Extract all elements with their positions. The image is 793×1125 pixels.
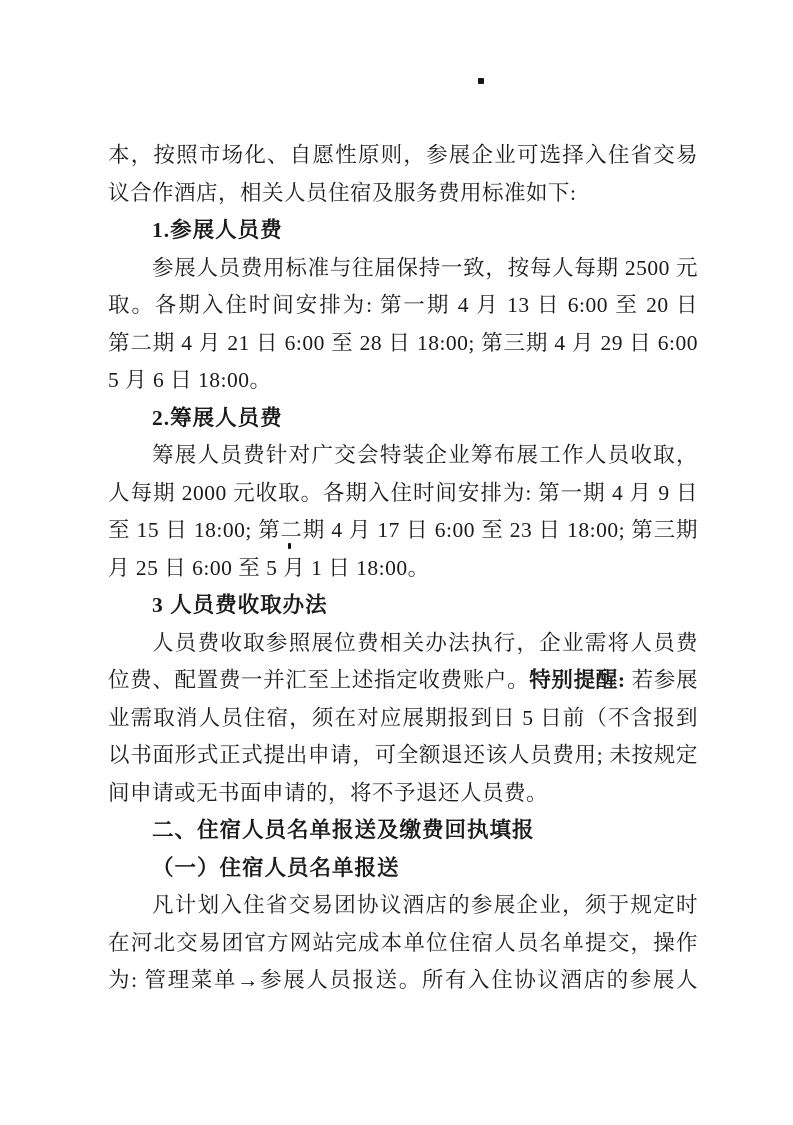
doc-line: 参展人员费用标准与往届保持一致，按每人每期 2500 元收 — [108, 250, 698, 288]
doc-heading-exhibitor-fee: 1.参展人员费 — [108, 212, 698, 250]
doc-line: 取。各期入住时间安排为: 第一期 4 月 13 日 6:00 至 20 日 18… — [108, 287, 698, 325]
doc-line: 位费、配置费一并汇至上述指定收费账户。特别提醒: 若参展企 — [108, 662, 698, 700]
document-text: 本，按照市场化、自愿性原则，参展企业可选择入住省交易团协 议合作酒店，相关人员住… — [108, 137, 698, 1000]
doc-line: 本，按照市场化、自愿性原则，参展企业可选择入住省交易团协 — [108, 137, 698, 175]
doc-line: 第二期 4 月 21 日 6:00 至 28 日 18:00; 第三期 4 月 … — [108, 325, 698, 363]
doc-line: 至 15 日 18:00; 第二期 4 月 17 日 6:00 至 23 日 1… — [108, 512, 698, 550]
doc-heading-setup-fee: 2.筹展人员费 — [108, 400, 698, 438]
doc-line: 筹展人员费针对广交会特装企业筹布展工作人员收取，按每 — [108, 437, 698, 475]
doc-line: 议合作酒店，相关人员住宿及服务费用标准如下: — [108, 175, 698, 213]
doc-line: 5 月 6 日 18:00。 — [108, 362, 698, 400]
doc-line: 人员费收取参照展位费相关办法执行，企业需将人员费与展 — [108, 625, 698, 663]
scan-speck — [478, 78, 484, 84]
doc-heading-fee-collection: 3 人员费收取办法 — [108, 587, 698, 625]
doc-line-segment: 位费、配置费一并汇至上述指定收费账户。 — [108, 668, 529, 692]
doc-heading-name-list: （一）住宿人员名单报送 — [108, 850, 698, 888]
doc-line: 间申请或无书面申请的，将不予退还人员费。 — [108, 775, 698, 813]
doc-line: 以书面形式正式提出申请，可全额退还该人员费用; 未按规定时 — [108, 737, 698, 775]
special-reminder-label: 特别提醒: — [529, 668, 625, 692]
doc-line: 人每期 2000 元收取。各期入住时间安排为: 第一期 4 月 9 日 6:00 — [108, 475, 698, 513]
doc-heading-section-two: 二、住宿人员名单报送及缴费回执填报 — [108, 812, 698, 850]
doc-line: 凡计划入住省交易团协议酒店的参展企业，须于规定时间前 — [108, 887, 698, 925]
doc-line: 在河北交易团官方网站完成本单位住宿人员名单提交，操作路径 — [108, 925, 698, 963]
doc-line: 月 25 日 6:00 至 5 月 1 日 18:00。 — [108, 550, 698, 588]
document-page: 本，按照市场化、自愿性原则，参展企业可选择入住省交易团协 议合作酒店，相关人员住… — [0, 0, 793, 1125]
doc-line: 为: 管理菜单→参展人员报送。所有入住协议酒店的参展人员， — [108, 962, 698, 1000]
doc-line: 业需取消人员住宿，须在对应展期报到日 5 日前（不含报到日） — [108, 700, 698, 738]
